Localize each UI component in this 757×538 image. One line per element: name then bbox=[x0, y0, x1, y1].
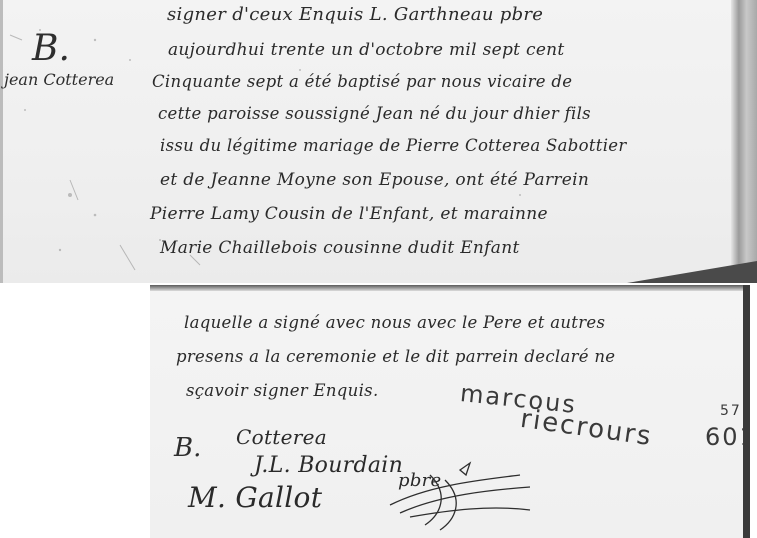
signature-gallot: M. Gallot bbox=[188, 481, 322, 514]
signature-cotterea: Cotterea bbox=[236, 425, 327, 449]
signature-mark-b: B. bbox=[174, 433, 201, 463]
record-line-1: signer d'ceux Enquis L. Garthneau pbre bbox=[167, 4, 543, 25]
record-line-8: Marie Chaillebois cousinne dudit Enfant bbox=[160, 238, 520, 258]
record-line-3: Cinquante sept a été baptisé par nous vi… bbox=[152, 72, 572, 91]
record-line-11: sçavoir signer Enquis. bbox=[186, 381, 379, 400]
scan-shadow-left bbox=[0, 0, 3, 283]
record-line-10: presens a la ceremonie et le dit parrein… bbox=[176, 347, 615, 366]
record-line-4: cette paroisse soussigné Jean né du jour… bbox=[158, 104, 591, 123]
register-page-fragment-bottom: laquelle a signé avec nous avec le Pere … bbox=[150, 285, 750, 538]
scan-corner-shadow bbox=[627, 261, 757, 283]
annotation-riecrours: riecrours bbox=[519, 404, 655, 452]
register-page-fragment-top: B. jean Cotterea signer d'ceux Enquis L.… bbox=[0, 0, 757, 283]
scan-border-right bbox=[743, 285, 750, 538]
record-line-2: aujourdhui trente un d'octobre mil sept … bbox=[168, 40, 565, 60]
annotation-number-small: 57 bbox=[720, 403, 742, 419]
scan-shadow-top bbox=[150, 285, 750, 291]
record-line-9: laquelle a signé avec nous avec le Pere … bbox=[184, 313, 605, 332]
margin-name: jean Cotterea bbox=[4, 70, 114, 89]
signature-flourish bbox=[370, 455, 540, 535]
baptism-mark: B. bbox=[32, 28, 70, 69]
record-line-7: Pierre Lamy Cousin de l'Enfant, et marai… bbox=[150, 204, 548, 224]
page-binding-edge bbox=[731, 0, 757, 283]
record-line-5: issu du légitime mariage de Pierre Cotte… bbox=[160, 136, 627, 155]
record-line-6: et de Jeanne Moyne son Epouse, ont été P… bbox=[160, 170, 589, 190]
